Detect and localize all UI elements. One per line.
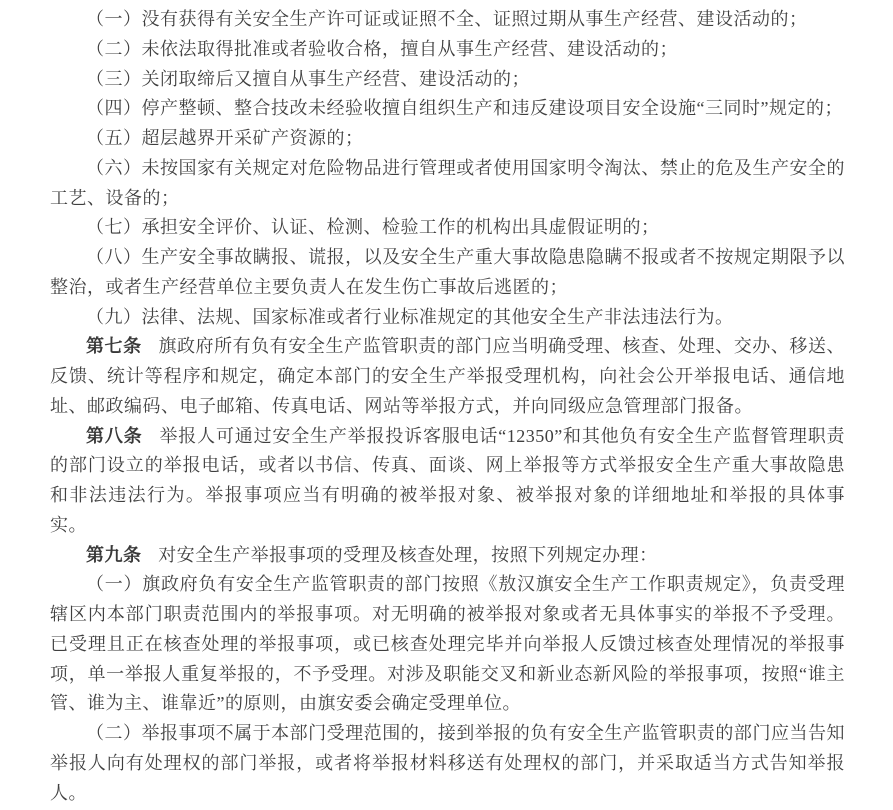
paragraph: （一）旗政府负有安全生产监管职责的部门按照《敖汉旗安全生产工作职责规定》，负责受… [50,570,845,719]
paragraph: 第八条 举报人可通过安全生产举报投诉客服电话“12350”和其他负有安全生产监督… [50,422,845,541]
paragraph: （三）关闭取缔后又擅自从事生产经营、建设活动的； [50,65,845,95]
paragraph: （二）未依法取得批准或者验收合格，擅自从事生产经营、建设活动的； [50,35,845,65]
document-body: （一）没有获得有关安全生产许可证或证照不全、证照过期从事生产经营、建设活动的； … [50,5,845,808]
paragraph-text: （二）举报事项不属于本部门受理范围的，接到举报的负有安全生产监管职责的部门应当告… [50,723,845,803]
paragraph-text: （八）生产安全事故瞒报、谎报，以及安全生产重大事故隐患隐瞒不报或者不按规定期限予… [50,247,845,297]
paragraph-text: 举报人可通过安全生产举报投诉客服电话“12350”和其他负有安全生产监督管理职责… [50,426,845,535]
paragraph-text: （一）没有获得有关安全生产许可证或证照不全、证照过期从事生产经营、建设活动的； [86,9,808,29]
paragraph-text: （一）旗政府负有安全生产监管职责的部门按照《敖汉旗安全生产工作职责规定》，负责受… [50,574,845,713]
paragraph-text: （六）未按国家有关规定对危险物品进行管理或者使用国家明令淘汰、禁止的危及生产安全… [50,158,845,208]
paragraph: （四）停产整顿、整合技改未经验收擅自组织生产和违反建设项目安全设施“三同时”规定… [50,94,845,124]
paragraph: （七）承担安全评价、认证、检测、检验工作的机构出具虚假证明的； [50,213,845,243]
paragraph-text: （五）超层越界开采矿产资源的； [86,128,364,148]
paragraph-text: （九）法律、法规、国家标准或者行业标准规定的其他安全生产非法违法行为。 [86,307,734,327]
paragraph: （一）没有获得有关安全生产许可证或证照不全、证照过期从事生产经营、建设活动的； [50,5,845,35]
paragraph-text: （七）承担安全评价、认证、检测、检验工作的机构出具虚假证明的； [86,217,660,237]
paragraph: 第九条 对安全生产举报事项的受理及核查处理，按照下列规定办理： [50,541,845,571]
paragraph: （九）法律、法规、国家标准或者行业标准规定的其他安全生产非法违法行为。 [50,303,845,333]
paragraph-text: （三）关闭取缔后又擅自从事生产经营、建设活动的； [86,69,530,89]
paragraph: 第七条 旗政府所有负有安全生产监管职责的部门应当明确受理、核查、处理、交办、移送… [50,332,845,421]
paragraph-text: （四）停产整顿、整合技改未经验收擅自组织生产和违反建设项目安全设施“三同时”规定… [86,98,843,118]
document-page: （一）没有获得有关安全生产许可证或证照不全、证照过期从事生产经营、建设活动的； … [0,0,893,810]
article-number: 第九条 [86,545,142,565]
article-number: 第七条 [86,336,142,356]
paragraph-text: （二）未依法取得批准或者验收合格，擅自从事生产经营、建设活动的； [86,39,678,59]
paragraph: （五）超层越界开采矿产资源的； [50,124,845,154]
paragraph: （二）举报事项不属于本部门受理范围的，接到举报的负有安全生产监管职责的部门应当告… [50,719,845,808]
paragraph-text: 旗政府所有负有安全生产监管职责的部门应当明确受理、核查、处理、交办、移送、反馈、… [50,336,845,416]
paragraph: （六）未按国家有关规定对危险物品进行管理或者使用国家明令淘汰、禁止的危及生产安全… [50,154,845,214]
paragraph-text: 对安全生产举报事项的受理及核查处理，按照下列规定办理： [158,545,658,565]
paragraph: （八）生产安全事故瞒报、谎报，以及安全生产重大事故隐患隐瞒不报或者不按规定期限予… [50,243,845,303]
article-number: 第八条 [86,426,142,446]
